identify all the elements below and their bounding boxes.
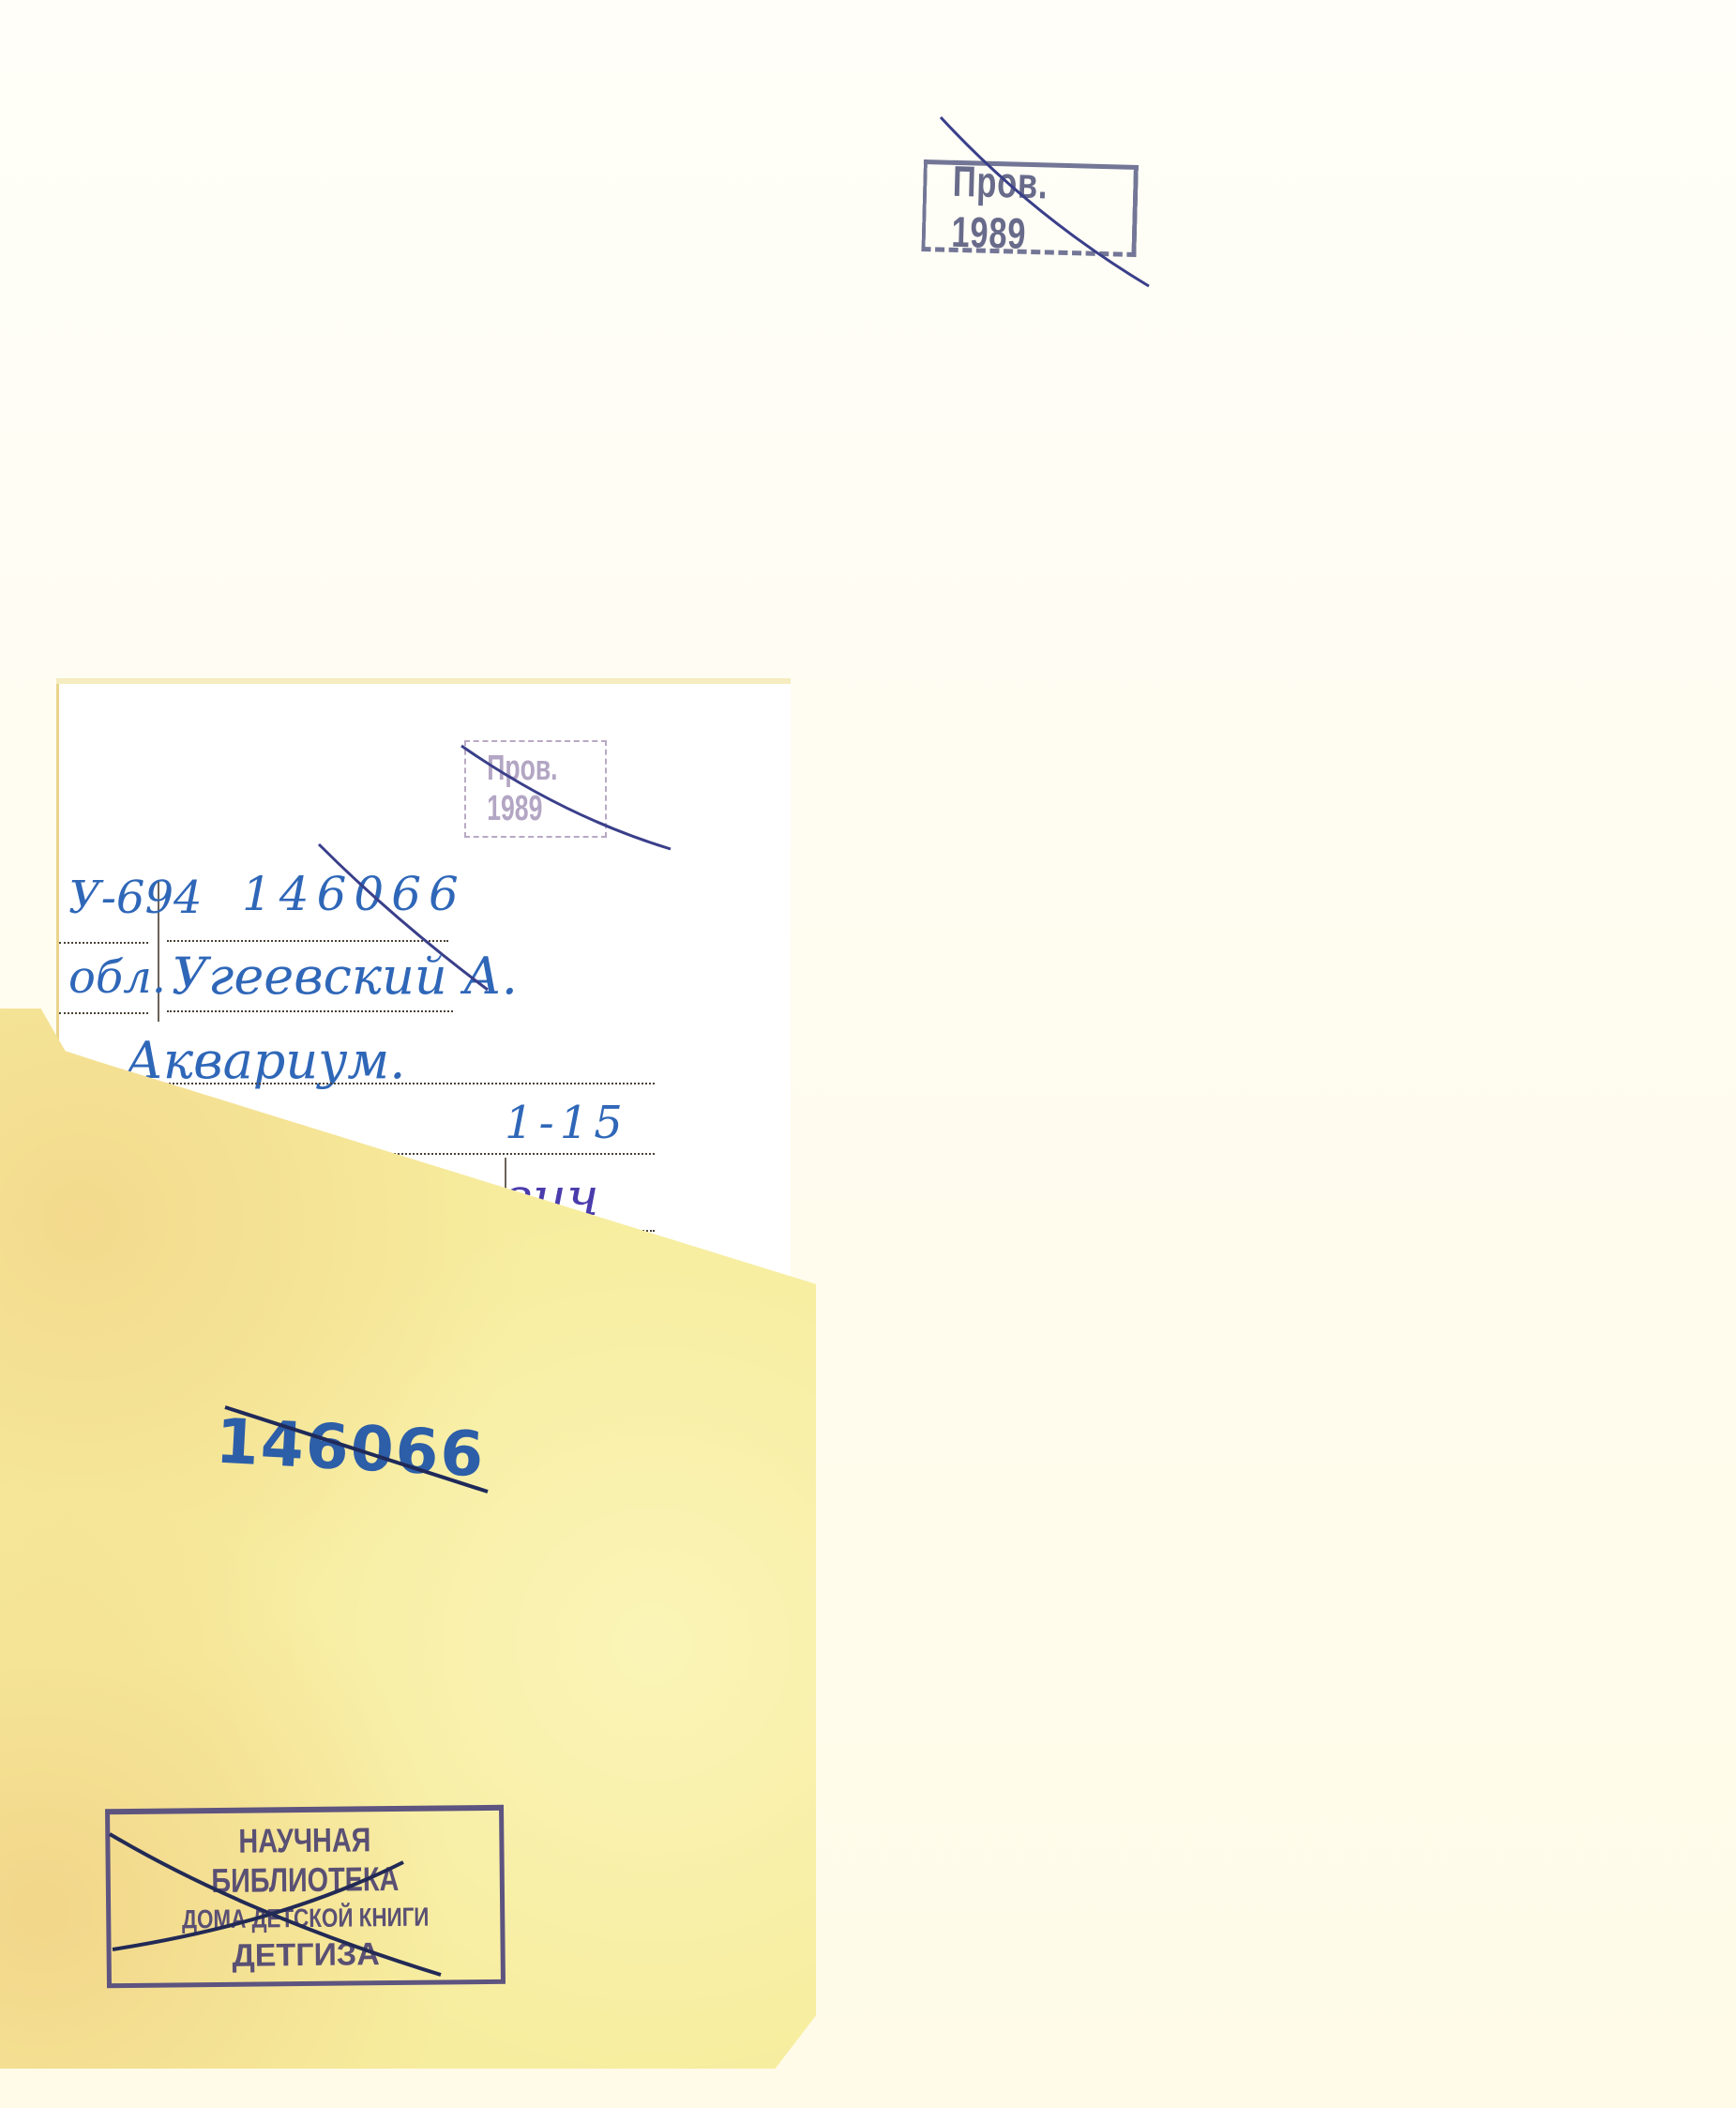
- card-rule: [167, 1010, 453, 1012]
- library-stamp-line3: ДЕТГИЗА: [111, 1934, 500, 1975]
- card-author: Угеевский А.: [172, 947, 518, 1006]
- card-rule: [59, 1012, 148, 1014]
- card-rule: [59, 942, 148, 944]
- card-inventory-number: 146066: [242, 867, 466, 921]
- library-stamp-line2: ДОМА ДЕТСКОЙ КНИГИ: [150, 1902, 461, 1934]
- card-faint-stamp: Пров. 1989: [464, 740, 607, 838]
- check-stamp-text: Пров. 1989: [951, 156, 1109, 261]
- check-stamp-top: Пров. 1989: [921, 159, 1138, 257]
- card-rule: [167, 940, 448, 942]
- library-stamp-line1: НАУЧНАЯ БИБЛИОТЕКА: [149, 1819, 461, 1901]
- binding-label: обл.: [68, 951, 166, 1004]
- card-title: Аквариум.: [125, 1031, 405, 1090]
- library-stamp: НАУЧНАЯ БИБЛИОТЕКА ДОМА ДЕТСКОЙ КНИГИ ДЕ…: [105, 1805, 506, 1988]
- pocket-inventory-number: 146066: [214, 1405, 487, 1492]
- card-faint-stamp-text: Пров. 1989: [487, 749, 584, 829]
- card-pages: 1-15: [505, 1097, 628, 1149]
- call-number: У-694: [68, 872, 203, 924]
